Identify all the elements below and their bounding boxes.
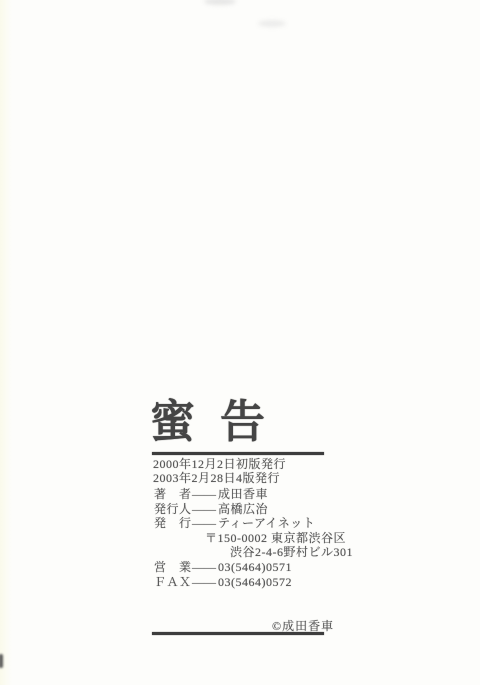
scan-speck-left-edge bbox=[0, 654, 3, 668]
title-underline-rule bbox=[152, 452, 324, 455]
publisher-dash: —— bbox=[192, 516, 218, 531]
address-line-1: 〒150-0002 東京都渋谷区 bbox=[205, 531, 346, 545]
row-issuer: 発行人——高橋広治 bbox=[154, 502, 353, 517]
scan-smudge-top-2 bbox=[258, 20, 286, 27]
bottom-rule bbox=[152, 632, 324, 635]
book-title: 蜜 告 bbox=[150, 396, 255, 448]
scanned-colophon-page: 蜜 告 2000年12月2日初版発行 2003年2月28日4版発行 著 者——成… bbox=[0, 0, 480, 685]
row-publisher: 発 行——ティーアイネット bbox=[154, 516, 353, 531]
sales-phone-value: 03(5464)0571 bbox=[218, 560, 292, 574]
scan-edge-tint bbox=[0, 0, 12, 685]
author-label: 著 者 bbox=[154, 487, 192, 502]
issuer-dash: —— bbox=[192, 502, 218, 517]
author-value: 成田香車 bbox=[218, 487, 268, 501]
publisher-value: ティーアイネット bbox=[218, 516, 315, 530]
issuer-value: 高橋広治 bbox=[218, 502, 268, 516]
address-line-2: 渋谷2-4-6野村ビル301 bbox=[230, 545, 353, 559]
sales-dash: —— bbox=[192, 560, 218, 575]
print-date-fourth-edition: 2003年2月28日4版発行 bbox=[153, 471, 286, 485]
fax-dash: —— bbox=[192, 575, 218, 590]
fax-value: 03(5464)0572 bbox=[218, 575, 292, 589]
scan-smudge-top-1 bbox=[204, 0, 236, 5]
colophon-credit-rows: 著 者——成田香車 発行人——高橋広治 発 行——ティーアイネット 〒150-0… bbox=[154, 487, 353, 589]
row-address-line-2: 渋谷2-4-6野村ビル301 bbox=[154, 545, 353, 560]
row-address-line-1: 〒150-0002 東京都渋谷区 bbox=[154, 531, 353, 546]
issuer-label: 発行人 bbox=[154, 502, 192, 517]
author-dash: —— bbox=[192, 487, 218, 502]
row-fax: ＦＡＸ——03(5464)0572 bbox=[154, 575, 353, 590]
publisher-label: 発 行 bbox=[154, 516, 192, 531]
sales-label: 営 業 bbox=[154, 560, 192, 575]
fax-label: ＦＡＸ bbox=[154, 575, 192, 590]
row-author: 著 者——成田香車 bbox=[154, 487, 353, 502]
row-sales-phone: 営 業——03(5464)0571 bbox=[154, 560, 353, 575]
print-date-first-edition: 2000年12月2日初版発行 bbox=[153, 457, 286, 471]
print-dates: 2000年12月2日初版発行 2003年2月28日4版発行 bbox=[153, 457, 286, 485]
